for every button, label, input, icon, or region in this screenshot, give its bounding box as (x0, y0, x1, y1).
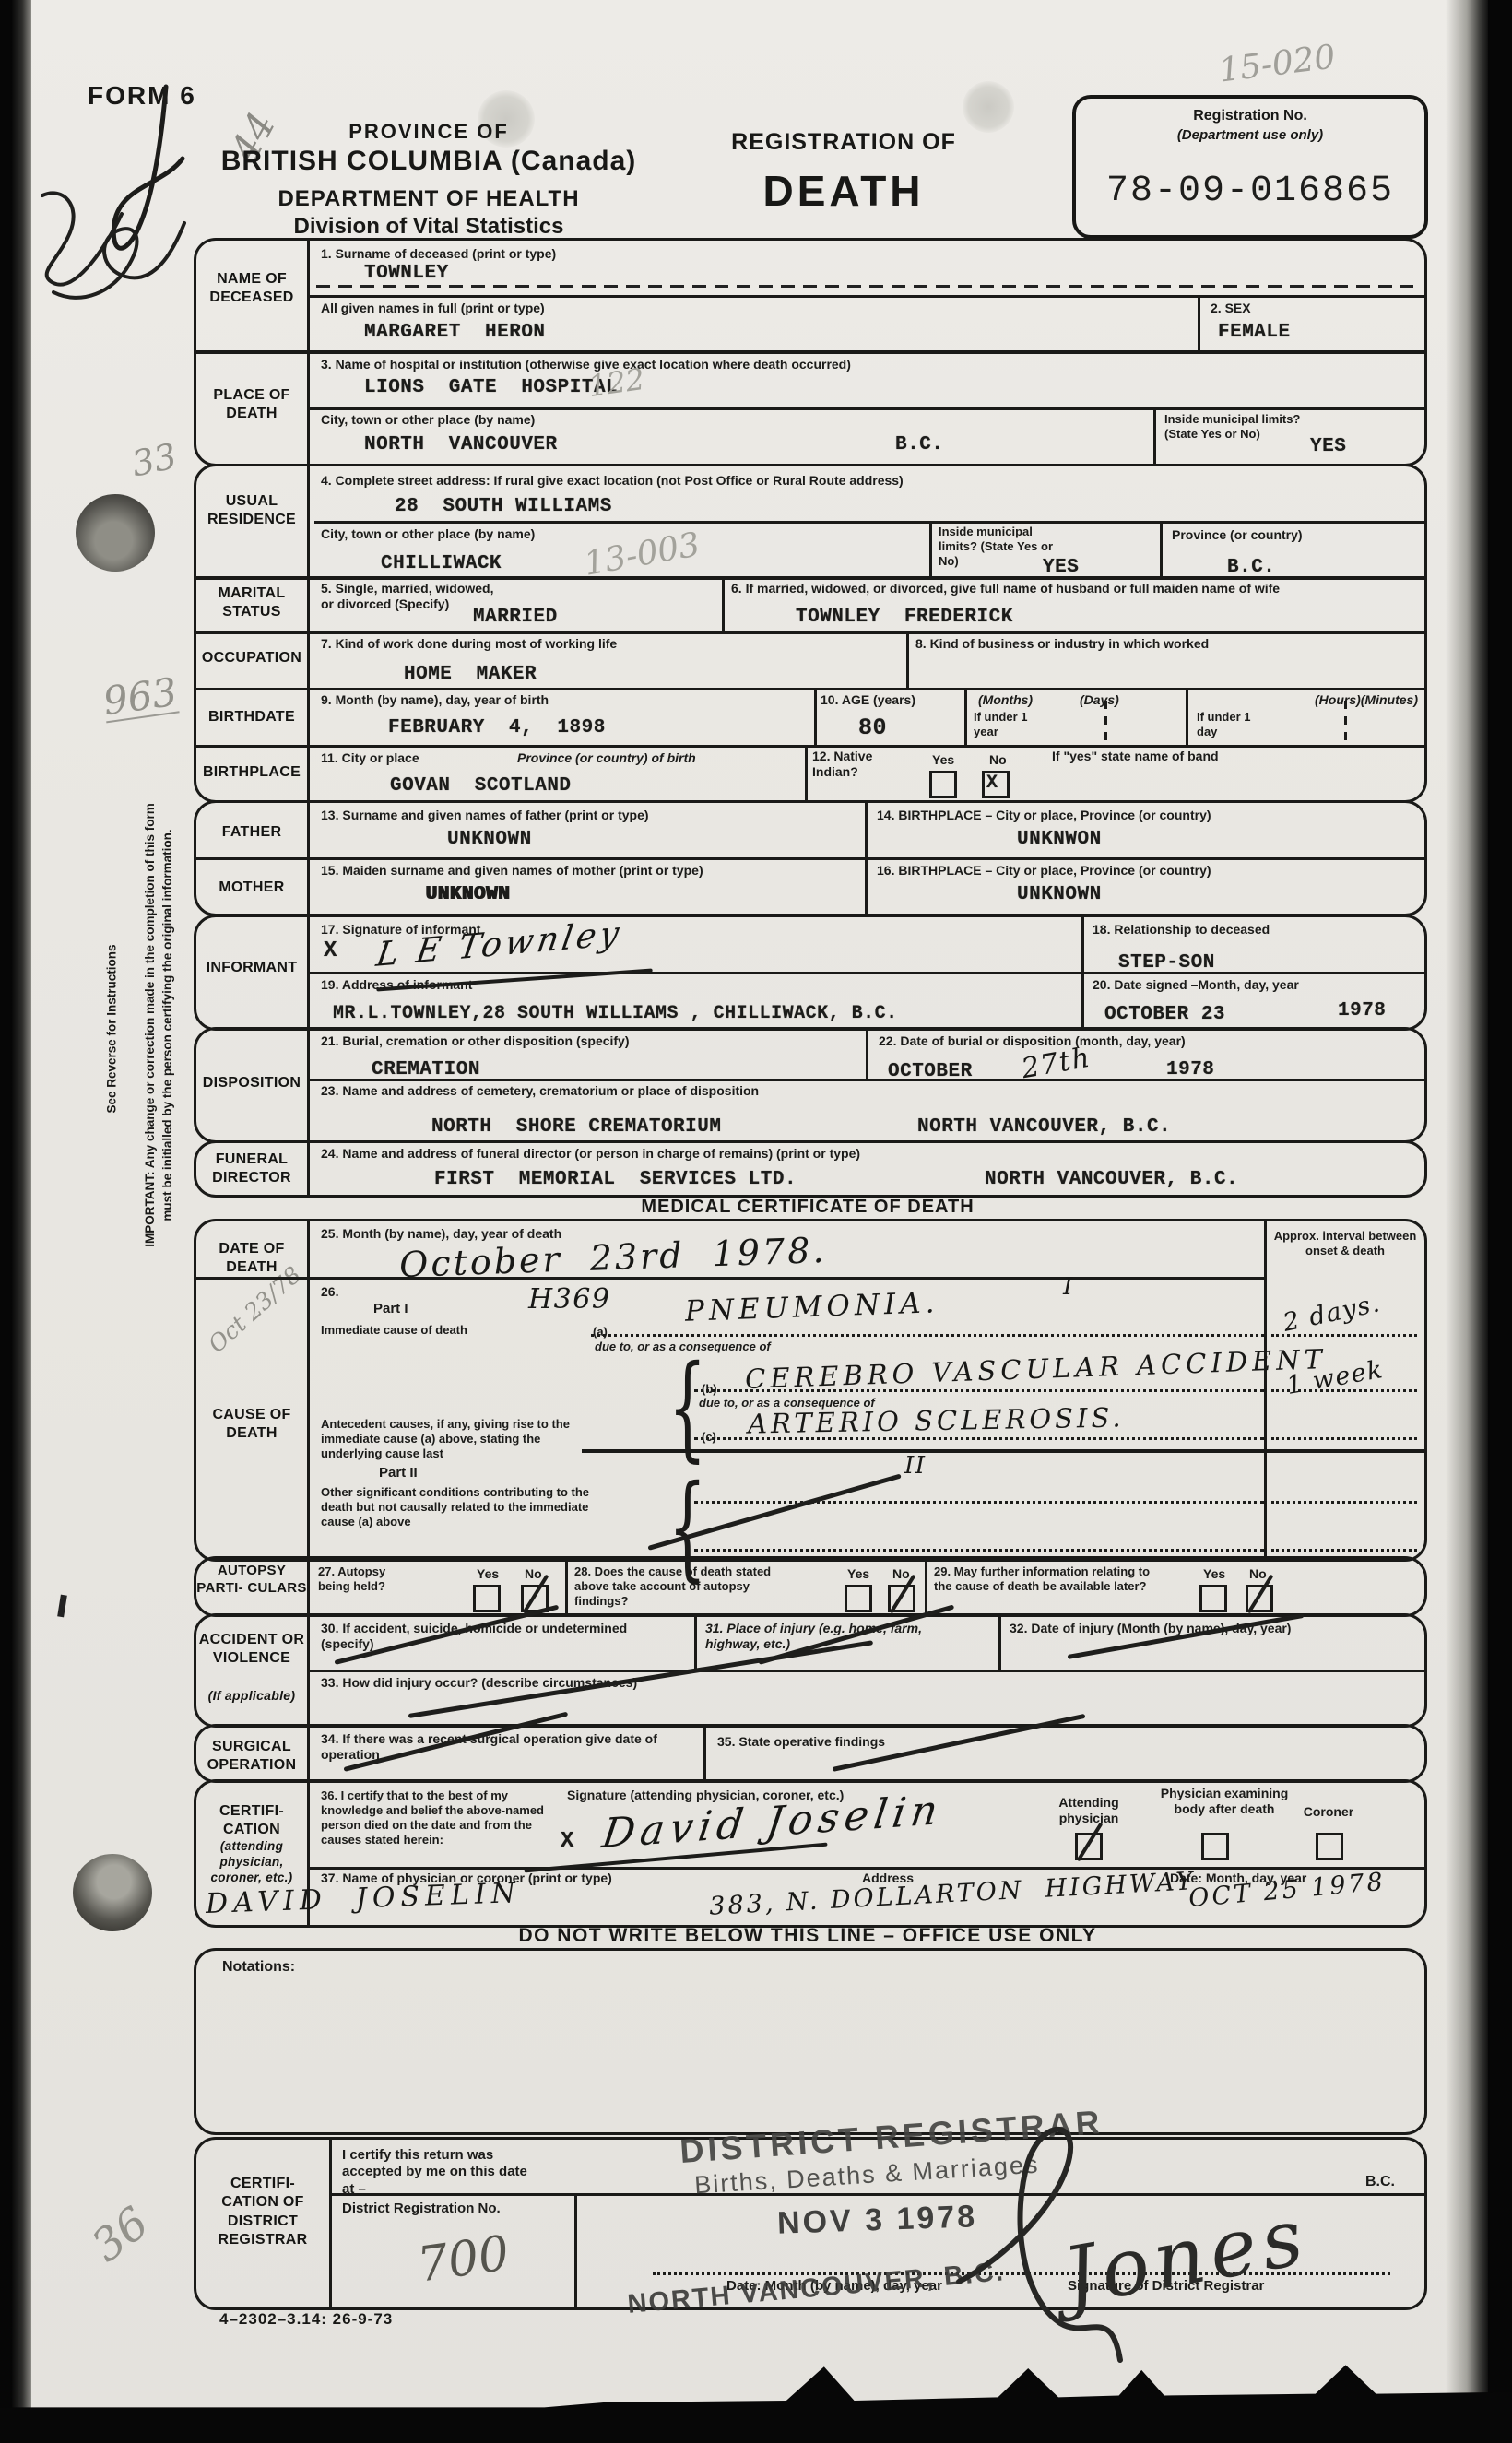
field-value: OCTOBER (888, 1061, 973, 1082)
section-label: INFORMANT (196, 959, 307, 977)
section-name-place: NAME OF DECEASED PLACE OF DEATH 1. Surna… (194, 238, 1427, 466)
form-code: 4–2302–3.14: 26-9-73 (219, 2310, 393, 2329)
field-label: 27. Autopsy being held? (318, 1564, 415, 1594)
checkbox-yes (1199, 1585, 1227, 1612)
field-value: FEBRUARY 4, 1898 (388, 717, 606, 738)
yes-label: Yes (1203, 1566, 1225, 1582)
margin-pencil-33: 33 (129, 438, 180, 481)
field-label: 20. Date signed –Month, day, year (1093, 977, 1299, 993)
section-label: MOTHER (196, 879, 307, 897)
division: Division of Vital Statistics (212, 214, 645, 240)
form-line (196, 688, 1424, 690)
field-label: Inside municipal limits? (State Yes or N… (1164, 412, 1303, 442)
form-line (1271, 1549, 1417, 1552)
form-line (722, 576, 725, 631)
form-line (1271, 1501, 1417, 1504)
field-value: FEMALE (1218, 322, 1291, 343)
form-line (591, 1334, 1264, 1337)
medical-certificate-title: MEDICAL CERTIFICATE OF DEATH (194, 1197, 1422, 1218)
registration-number-box: Registration No. (Department use only) 7… (1072, 95, 1428, 239)
section-label: USUAL RESIDENCE (196, 492, 307, 530)
province-name: BRITISH COLUMBIA (Canada) (175, 146, 682, 177)
physician-name-hand: DAVID JOSELIN (206, 1880, 522, 1918)
field-label: 12. Native Indian? (812, 749, 900, 780)
form-line (582, 1449, 1424, 1453)
form-line (574, 2193, 577, 2307)
section-label: SURGICAL OPERATION (196, 1738, 307, 1776)
reg-no-label: Registration No. (1076, 108, 1424, 124)
field-label: City, town or other place (by name) (321, 526, 535, 542)
field-value: UNKNOWN (1017, 884, 1102, 905)
field-label: If under 1 year (974, 710, 1047, 739)
field-label: 19. Address of informant (321, 977, 472, 993)
field-label: 11. City or place (321, 750, 419, 766)
field-label: 36. I certify that to the best of my kno… (321, 1788, 565, 1847)
section-informant: INFORMANT 17. Signature of informant X L… (194, 915, 1427, 1031)
field-value: UNKNOWN (447, 829, 532, 850)
form-line (314, 521, 1424, 524)
field-label: 14. BIRTHPLACE – City or place, Province… (877, 808, 1211, 823)
no-label: No (989, 752, 1007, 768)
film-edge-right (1446, 0, 1488, 2443)
field-label: (Months) (978, 692, 1033, 708)
form-line (1160, 521, 1163, 576)
cause-b-value: CEREBRO VASCULAR ACCIDENT (745, 1346, 1328, 1393)
form-line (998, 1616, 1001, 1670)
roman-numeral-2: II (904, 1454, 927, 1478)
form-line (196, 857, 1424, 860)
handwritten-day: 27th (1020, 1044, 1093, 1084)
pencil-annotation: 13-003 (582, 528, 703, 581)
death-title: DEATH (701, 166, 986, 216)
section-sublabel: (attending physician, coroner, etc.) (196, 1839, 307, 1886)
field-value: 80 (858, 715, 887, 741)
field-value: YES (1310, 436, 1346, 457)
notations-label: Notations: (222, 1958, 295, 1977)
field-label: District Registration No. (342, 2201, 501, 2217)
section-label: FUNERAL DIRECTOR (196, 1151, 307, 1188)
no-label: No (892, 1566, 910, 1582)
form-line (1198, 295, 1200, 350)
field-value: MR.L.TOWNLEY,28 SOUTH WILLIAMS , CHILLIW… (333, 1004, 898, 1024)
form-line (925, 1559, 927, 1614)
form-line (1153, 407, 1156, 464)
field-label: 22. Date of burial or disposition (month… (879, 1033, 1186, 1049)
form-line (694, 1501, 1264, 1504)
field-label: Attending physician (1034, 1795, 1144, 1826)
form-line (565, 1559, 568, 1614)
section-disposition: DISPOSITION 21. Burial, cremation or oth… (194, 1027, 1427, 1143)
section-label: BIRTHPLACE (196, 763, 307, 782)
province-of: PROVINCE OF (212, 120, 645, 144)
field-value: LIONS GATE HOSPITAL (364, 377, 618, 398)
form-line (307, 1670, 1424, 1672)
field-value: B.C. (895, 434, 943, 455)
section-parents: FATHER MOTHER 13. Surname and given name… (194, 800, 1427, 916)
field-value: STEP-SON (1118, 952, 1215, 974)
checkbox-yes (929, 771, 957, 798)
form-line (307, 1867, 1424, 1870)
signature-x: X (561, 1830, 574, 1854)
part1-label: Part I (373, 1301, 408, 1317)
section-sublabel: (If applicable) (196, 1688, 307, 1703)
field-value: UNKNOWN (425, 884, 510, 905)
field-label: 2. SEX (1211, 301, 1251, 316)
field-label: (Days) (1080, 692, 1119, 708)
form-line (307, 972, 1424, 974)
section-label: NAME OF DECEASED (196, 270, 307, 308)
stain-mark (963, 81, 1014, 133)
line-a-label: (a) (593, 1325, 608, 1340)
field-label: 29. May further information relating to … (934, 1564, 1164, 1594)
part2-label: Part II (379, 1465, 418, 1481)
form-line (906, 631, 909, 688)
yes-label: Yes (932, 752, 954, 768)
section-label: CERTIFI- CATION (196, 1802, 307, 1840)
field-label: 16. BIRTHPLACE – City or place, Province… (877, 863, 1211, 879)
no-label: No (1249, 1566, 1267, 1582)
form-line (694, 1389, 1264, 1392)
field-label: 15. Maiden surname and given names of mo… (321, 863, 703, 879)
form-line (307, 1727, 310, 1780)
form-line (196, 745, 1424, 748)
section-label: CAUSE OF DEATH (196, 1406, 307, 1444)
hole-punch (76, 494, 155, 572)
field-label: 7. Kind of work done during most of work… (321, 636, 617, 652)
signature-x: X (324, 939, 337, 963)
cause-a-value: PNEUMONIA. (685, 1289, 939, 1327)
section-label: DATE OF DEATH (196, 1240, 307, 1278)
form-line (1271, 1437, 1417, 1440)
margin-important-line2: must be initialled by the person certify… (159, 803, 176, 1247)
section-label: BIRTHDATE (196, 708, 307, 726)
yes-label: Yes (847, 1566, 869, 1582)
field-label: 10. AGE (years) (821, 692, 915, 708)
registrar-signature: Jones (931, 2093, 1392, 2378)
field-value: CREMATION (372, 1059, 480, 1080)
checkbox-coroner (1316, 1833, 1343, 1860)
field-label: Antecedent causes, if any, giving rise t… (321, 1417, 597, 1461)
roman-numeral-1: I (1063, 1275, 1074, 1299)
field-label: Other significant conditions contributin… (321, 1485, 607, 1529)
form-line (866, 1030, 868, 1079)
pencil-annotation: 122 (586, 364, 646, 401)
interval-a: 2 days. (1281, 1291, 1383, 1336)
physician-address-hand: 383, N. DOLLARTON HIGHWAY (709, 1869, 1196, 1919)
checkbox-examining (1201, 1833, 1229, 1860)
field-value: NORTH VANCOUVER (364, 434, 558, 455)
reg-no-value: 78-09-016865 (1076, 171, 1424, 212)
form-line (964, 688, 967, 745)
interval-header: Approx. interval between onset & death (1271, 1229, 1419, 1258)
film-edge-left (11, 0, 31, 2443)
reg-no-sub: (Department use only) (1076, 127, 1424, 143)
field-value: TOWNLEY (364, 263, 449, 284)
field-value: FIRST MEMORIAL SERVICES LTD. (434, 1169, 797, 1190)
margin-important-line1: IMPORTANT: Any change or correction made… (141, 803, 159, 1247)
form-line (814, 688, 817, 745)
section-funeral-director: FUNERAL DIRECTOR 24. Name and address of… (194, 1140, 1427, 1198)
form-line (196, 631, 1424, 634)
field-value: TOWNLEY FREDERICK (796, 607, 1013, 628)
form-line (694, 1549, 1264, 1552)
section-certification: CERTIFI- CATION (attending physician, co… (194, 1779, 1427, 1928)
field-label: If "yes" state name of band (1052, 749, 1219, 764)
margin-see-reverse: See Reverse for Instructions (105, 944, 119, 1113)
typed-dash-line (316, 285, 1413, 288)
form-line (307, 1221, 310, 1559)
field-value: MARGARET HERON (364, 322, 546, 343)
section-label: ACCIDENT OR VIOLENCE (196, 1631, 307, 1669)
field-label: Immediate cause of death (321, 1323, 579, 1338)
field-value: NORTH VANCOUVER, B.C. (917, 1116, 1171, 1138)
section-label: CERTIFI- CATION OF DISTRICT REGISTRAR (200, 2175, 325, 2250)
form-line (929, 521, 932, 576)
field-value: YES (1043, 557, 1079, 578)
form-line (1186, 688, 1188, 745)
handwritten-code: H369 (528, 1286, 610, 1314)
checkbox-x-mark: X (986, 773, 998, 794)
field-value: HOME MAKER (404, 664, 537, 685)
cause-c-value: ARTERIO SCLEROSIS. (748, 1404, 1125, 1437)
field-value: UNKNWON (1017, 829, 1102, 850)
do-not-write-line: DO NOT WRITE BELOW THIS LINE – OFFICE US… (194, 1925, 1422, 1947)
section-label: MARITAL STATUS (196, 584, 307, 622)
section-autopsy: AUTOPSY PARTI- CULARS 27. Autopsy being … (194, 1556, 1427, 1617)
form-line (703, 1727, 706, 1780)
field-label: Coroner (1282, 1804, 1375, 1820)
form-line (307, 1559, 310, 1614)
field-label: 1. Surname of deceased (print or type) (321, 246, 556, 262)
field-value: 28 SOUTH WILLIAMS (395, 496, 612, 517)
section-label: OCCUPATION (196, 649, 307, 667)
field-label: 26. (321, 1284, 338, 1300)
district-reg-no-hand: 700 (414, 2225, 513, 2293)
form-line (307, 1030, 310, 1140)
form-line (307, 407, 1424, 410)
field-value: 1978 (1338, 1000, 1386, 1021)
field-label: 8. Kind of business or industry in which… (915, 636, 1209, 652)
form-line (307, 1143, 310, 1195)
form-line (196, 1277, 1264, 1280)
field-label: 21. Burial, cremation or other dispositi… (321, 1033, 630, 1049)
field-label: 24. Name and address of funeral director… (321, 1146, 860, 1162)
checkbox-yes (473, 1585, 501, 1612)
field-label: Province (or country) (1172, 527, 1303, 543)
yes-label: Yes (477, 1566, 499, 1582)
svg-text:Jones: Jones (1044, 2190, 1316, 2326)
field-label: 4. Complete street address: If rural giv… (321, 473, 904, 489)
section-surgical: SURGICAL OPERATION 34. If there was a re… (194, 1724, 1427, 1783)
field-label: 23. Name and address of cemetery, cremat… (321, 1083, 759, 1099)
section-residence-birth: USUAL RESIDENCE MARITAL STATUS OCCUPATIO… (194, 464, 1427, 803)
field-value: NORTH SHORE CREMATORIUM (431, 1116, 721, 1138)
field-label: Physician examining body after death (1155, 1786, 1293, 1817)
form-line (307, 295, 1424, 298)
form-line (329, 2140, 332, 2307)
no-label: No (525, 1566, 542, 1582)
section-label: DISPOSITION (196, 1074, 307, 1092)
field-label: 13. Surname and given names of father (p… (321, 808, 649, 823)
form-line (694, 1616, 697, 1670)
accept-statement: I certify this return was accepted by me… (342, 2147, 536, 2198)
field-value: B.C. (1227, 557, 1275, 578)
field-label: 28. Does the cause of death stated above… (574, 1564, 796, 1609)
form-line (694, 1437, 1264, 1440)
field-value: OCTOBER 23 (1104, 1004, 1225, 1025)
field-value: MARRIED (473, 607, 558, 628)
section-label: FATHER (196, 823, 307, 842)
checkbox-yes (845, 1585, 872, 1612)
field-value: GOVAN SCOTLAND (390, 775, 572, 797)
form-line (1264, 1221, 1267, 1559)
section-medical-certificate: DATE OF DEATH CAUSE OF DEATH Approx. int… (194, 1219, 1427, 1562)
field-label: (Hours)(Minutes) (1243, 692, 1418, 708)
field-label: Province (or country) of birth (517, 750, 696, 766)
field-label: 34. If there was a recent surgical opera… (321, 1731, 671, 1763)
section-accident: ACCIDENT OR VIOLENCE (If applicable) 30.… (194, 1613, 1427, 1728)
department: DEPARTMENT OF HEALTH (212, 186, 645, 212)
section-label: AUTOPSY PARTI- CULARS (196, 1562, 307, 1597)
field-label: 6. If married, widowed, or divorced, giv… (731, 581, 1423, 596)
field-label: If under 1 day (1197, 710, 1270, 739)
form-line (196, 350, 1424, 354)
section-label: PLACE OF DEATH (196, 386, 307, 424)
field-value: CHILLIWACK (381, 553, 502, 574)
form-line (805, 745, 808, 800)
field-label: All given names in full (print or type) (321, 301, 545, 316)
hole-punch (73, 1854, 152, 1931)
scanned-death-registration: See Reverse for Instructions IMPORTANT: … (0, 0, 1512, 2443)
registration-of: REGISTRATION OF (701, 129, 986, 156)
field-label: City, town or other place (by name) (321, 412, 535, 428)
field-label: 35. State operative findings (717, 1734, 885, 1750)
field-label: 9. Month (by name), day, year of birth (321, 692, 549, 708)
field-label: 18. Relationship to deceased (1093, 922, 1270, 938)
field-value: NORTH VANCOUVER, B.C. (985, 1169, 1238, 1190)
field-value: 1978 (1166, 1059, 1214, 1080)
